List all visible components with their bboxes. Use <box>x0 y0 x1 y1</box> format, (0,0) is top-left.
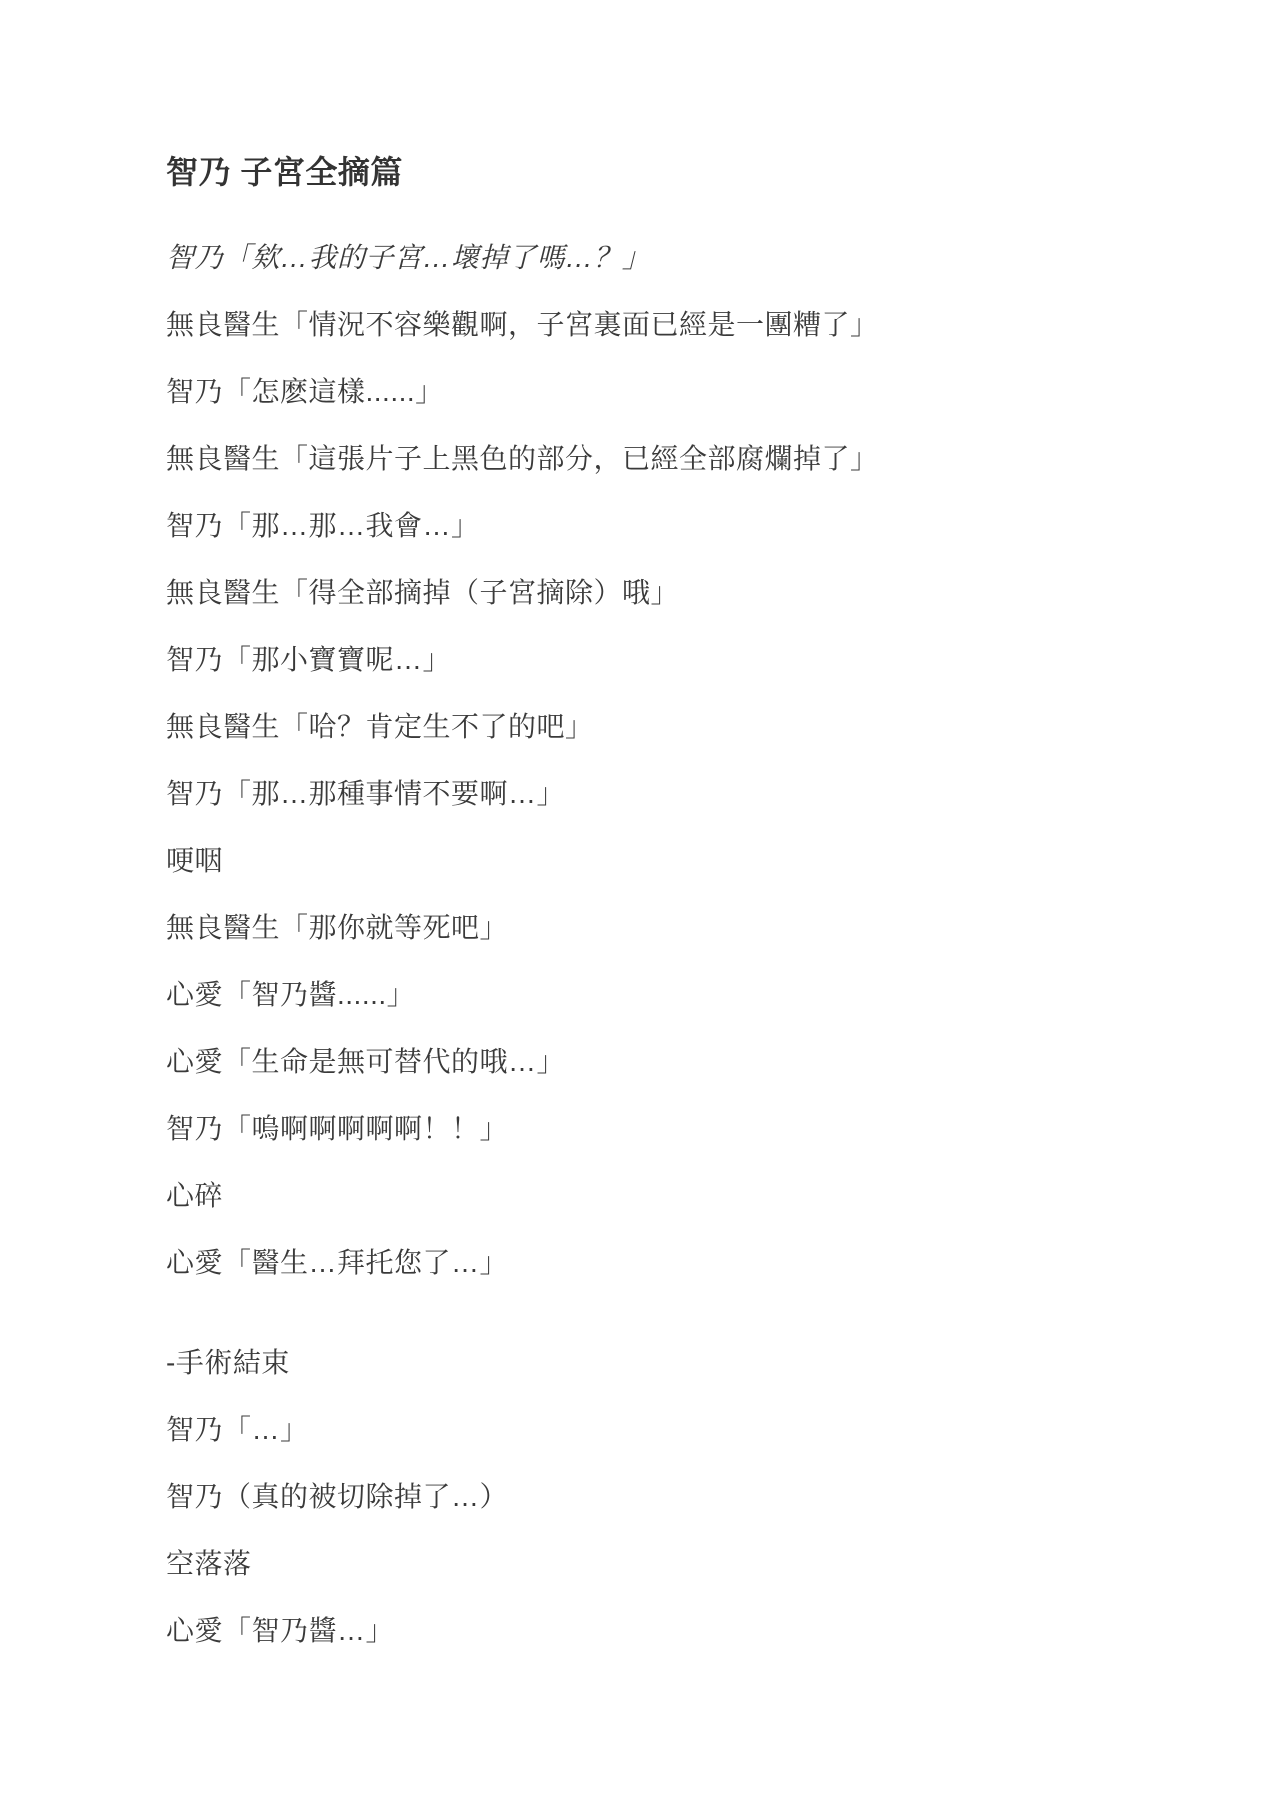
script-line: 心愛「醫生…拜托您了…」 <box>166 1229 1160 1296</box>
script-line: 心愛「智乃醬......」 <box>166 961 1160 1028</box>
script-line-section-break: -手術結束 <box>166 1329 1160 1396</box>
script-line: 心愛「生命是無可替代的哦…」 <box>166 1028 1160 1095</box>
page-title: 智乃 子宮全摘篇 <box>166 150 1160 194</box>
script-line: 智乃「欸…我的子宮…壞掉了嗎…？」 <box>166 224 1160 291</box>
script-line: 無良醫生「哈？肯定生不了的吧」 <box>166 693 1160 760</box>
script-line: 無良醫生「那你就等死吧」 <box>166 894 1160 961</box>
script-line: 無良醫生「這張片子上黑色的部分，已經全部腐爛掉了」 <box>166 425 1160 492</box>
script-line: 心愛「智乃醬…」 <box>166 1597 1160 1664</box>
script-line: 無良醫生「情況不容樂觀啊，子宮裏面已經是一團糟了」 <box>166 291 1160 358</box>
script-line: 智乃「那小寶寶呢…」 <box>166 626 1160 693</box>
script-line: 智乃「…」 <box>166 1396 1160 1463</box>
script-line: 智乃「怎麽這樣......」 <box>166 358 1160 425</box>
script-line: 無良醫生「得全部摘掉（子宮摘除）哦」 <box>166 559 1160 626</box>
script-line: 心碎 <box>166 1162 1160 1229</box>
document-page: 智乃 子宮全摘篇 智乃「欸…我的子宮…壞掉了嗎…？」 無良醫生「情況不容樂觀啊，… <box>0 0 1280 1810</box>
script-line: 智乃「嗚啊啊啊啊啊！！」 <box>166 1095 1160 1162</box>
script-line: 智乃「那…那…我會…」 <box>166 492 1160 559</box>
script-line: 空落落 <box>166 1530 1160 1597</box>
script-line: 智乃「那…那種事情不要啊…」 <box>166 760 1160 827</box>
script-line: 哽咽 <box>166 827 1160 894</box>
script-line: 智乃（真的被切除掉了…） <box>166 1463 1160 1530</box>
